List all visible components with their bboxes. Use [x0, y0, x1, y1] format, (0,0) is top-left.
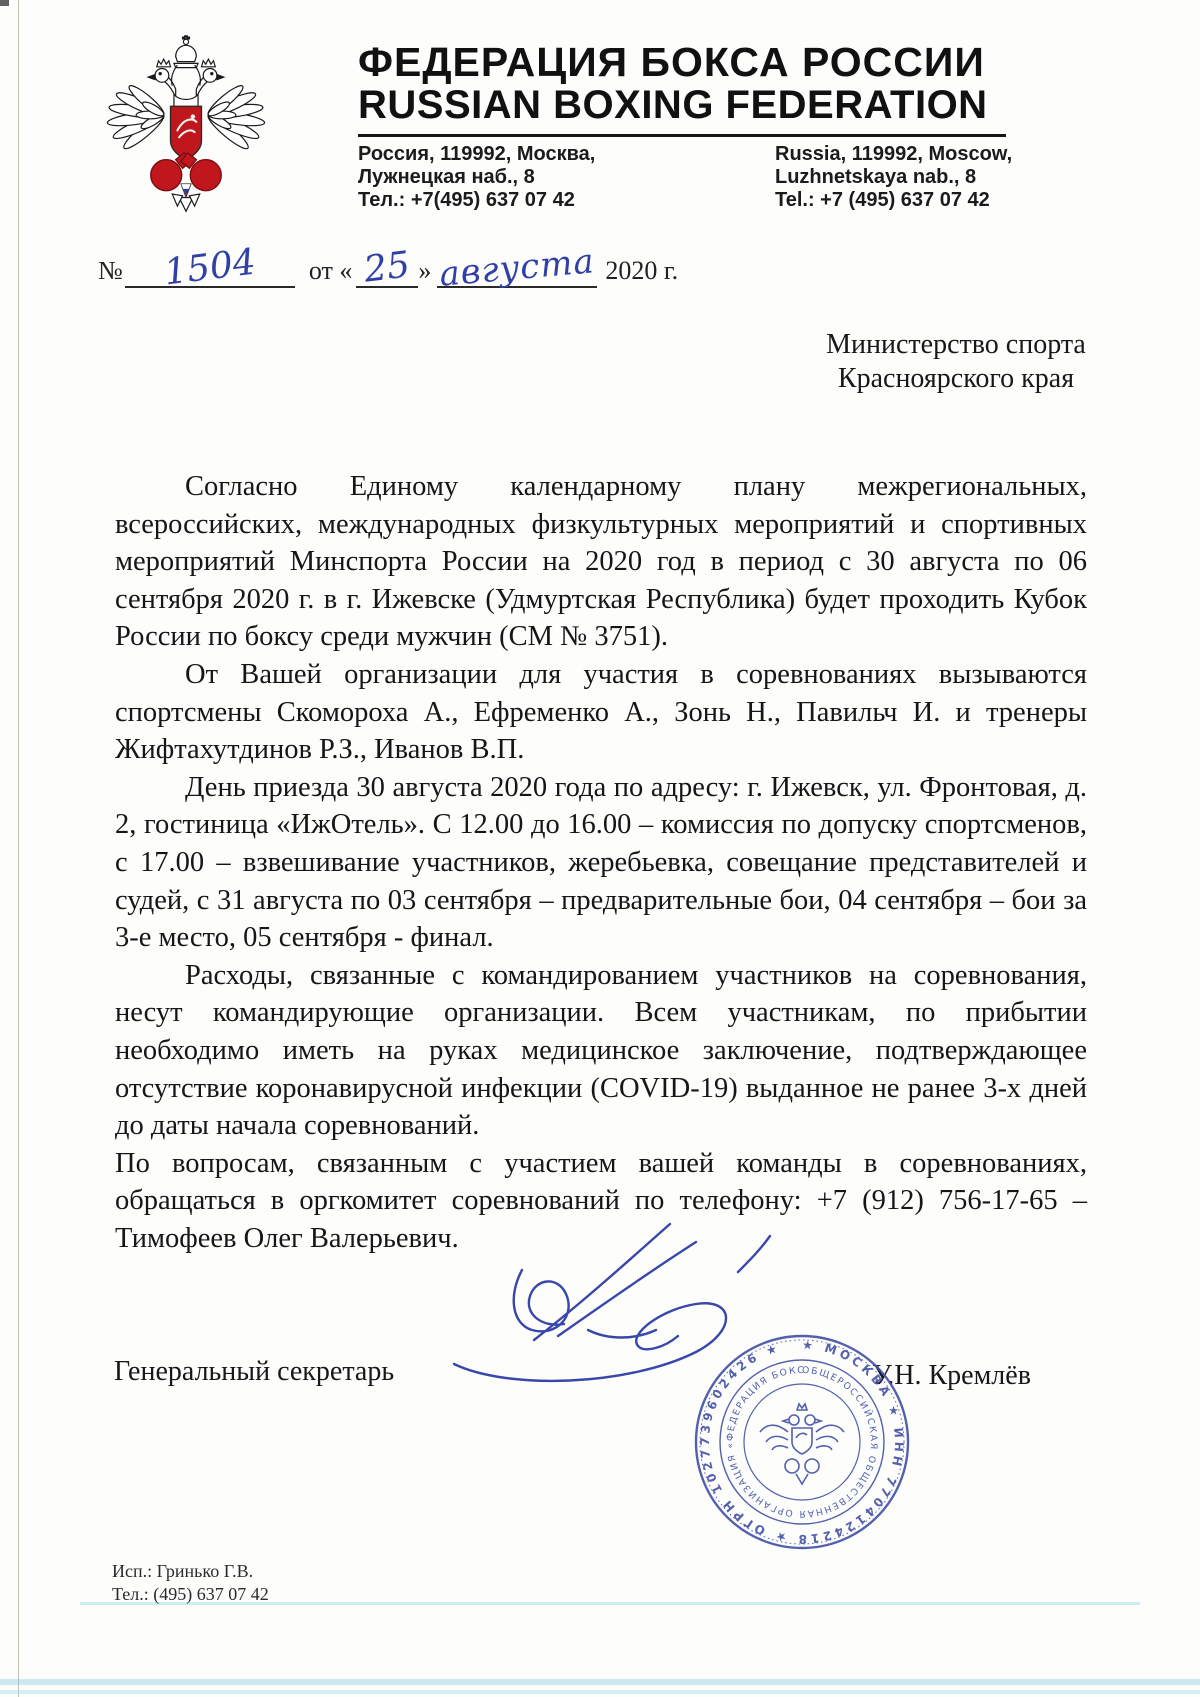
- stamp-eagle-icon: [760, 1404, 844, 1484]
- org-title-english: RUSSIAN BOXING FEDERATION: [358, 84, 1008, 127]
- scan-streak: [0, 1690, 1200, 1694]
- scan-edge-line: [18, 0, 19, 1697]
- handwritten-month: августа: [438, 243, 596, 292]
- quote-close-label: »: [418, 256, 433, 288]
- paragraph: От Вашей организации для участия в сорев…: [115, 656, 1087, 769]
- federation-emblem-eagle-icon: [100, 26, 272, 234]
- executor-phone: Тел.: (495) 637 07 42: [112, 1583, 269, 1606]
- number-blank: 1504: [125, 246, 295, 288]
- scan-corner-mark: [0, 0, 9, 6]
- address-english: Russia, 119992, Moscow, Luzhnetskaya nab…: [775, 143, 1012, 212]
- handwritten-number: 1504: [162, 245, 257, 292]
- handwritten-signature: [438, 1212, 783, 1407]
- scan-streak: [0, 1679, 1200, 1685]
- executor-line: Исп.: Гринько Г.В.: [112, 1560, 269, 1583]
- from-label: от «: [309, 256, 355, 288]
- number-label: №: [98, 256, 125, 288]
- paragraph: Расходы, связанные с командированием уча…: [115, 957, 1087, 1145]
- letterhead-divider: [358, 134, 1006, 137]
- paragraph: Согласно Единому календарному плану межр…: [115, 468, 1087, 656]
- letter-body: Согласно Единому календарному плану межр…: [115, 468, 1087, 1257]
- month-blank: августа: [437, 246, 597, 288]
- recipient-line2: Красноярского края: [822, 362, 1090, 396]
- paragraph: День приезда 30 августа 2020 года по адр…: [115, 769, 1087, 957]
- day-blank: 25: [356, 246, 418, 288]
- footer-block: Исп.: Гринько Г.В. Тел.: (495) 637 07 42: [112, 1560, 269, 1606]
- year-label: 2020 г.: [605, 256, 680, 288]
- recipient-line1: Министерство спорта: [822, 328, 1090, 362]
- reference-line: № 1504 от « 25 » августа 2020 г.: [98, 246, 680, 288]
- scanned-letter-page: ФЕДЕРАЦИЯ БОКСА РОССИИ RUSSIAN BOXING FE…: [0, 0, 1200, 1697]
- address-russian: Россия, 119992, Москва, Лужнецкая наб., …: [358, 143, 595, 212]
- letterhead: ФЕДЕРАЦИЯ БОКСА РОССИИ RUSSIAN BOXING FE…: [358, 40, 1008, 137]
- handwritten-day: 25: [362, 247, 412, 288]
- org-title-russian: ФЕДЕРАЦИЯ БОКСА РОССИИ: [358, 40, 1008, 84]
- signer-title: Генеральный секретарь: [114, 1356, 394, 1388]
- recipient-block: Министерство спорта Красноярского края: [822, 328, 1090, 396]
